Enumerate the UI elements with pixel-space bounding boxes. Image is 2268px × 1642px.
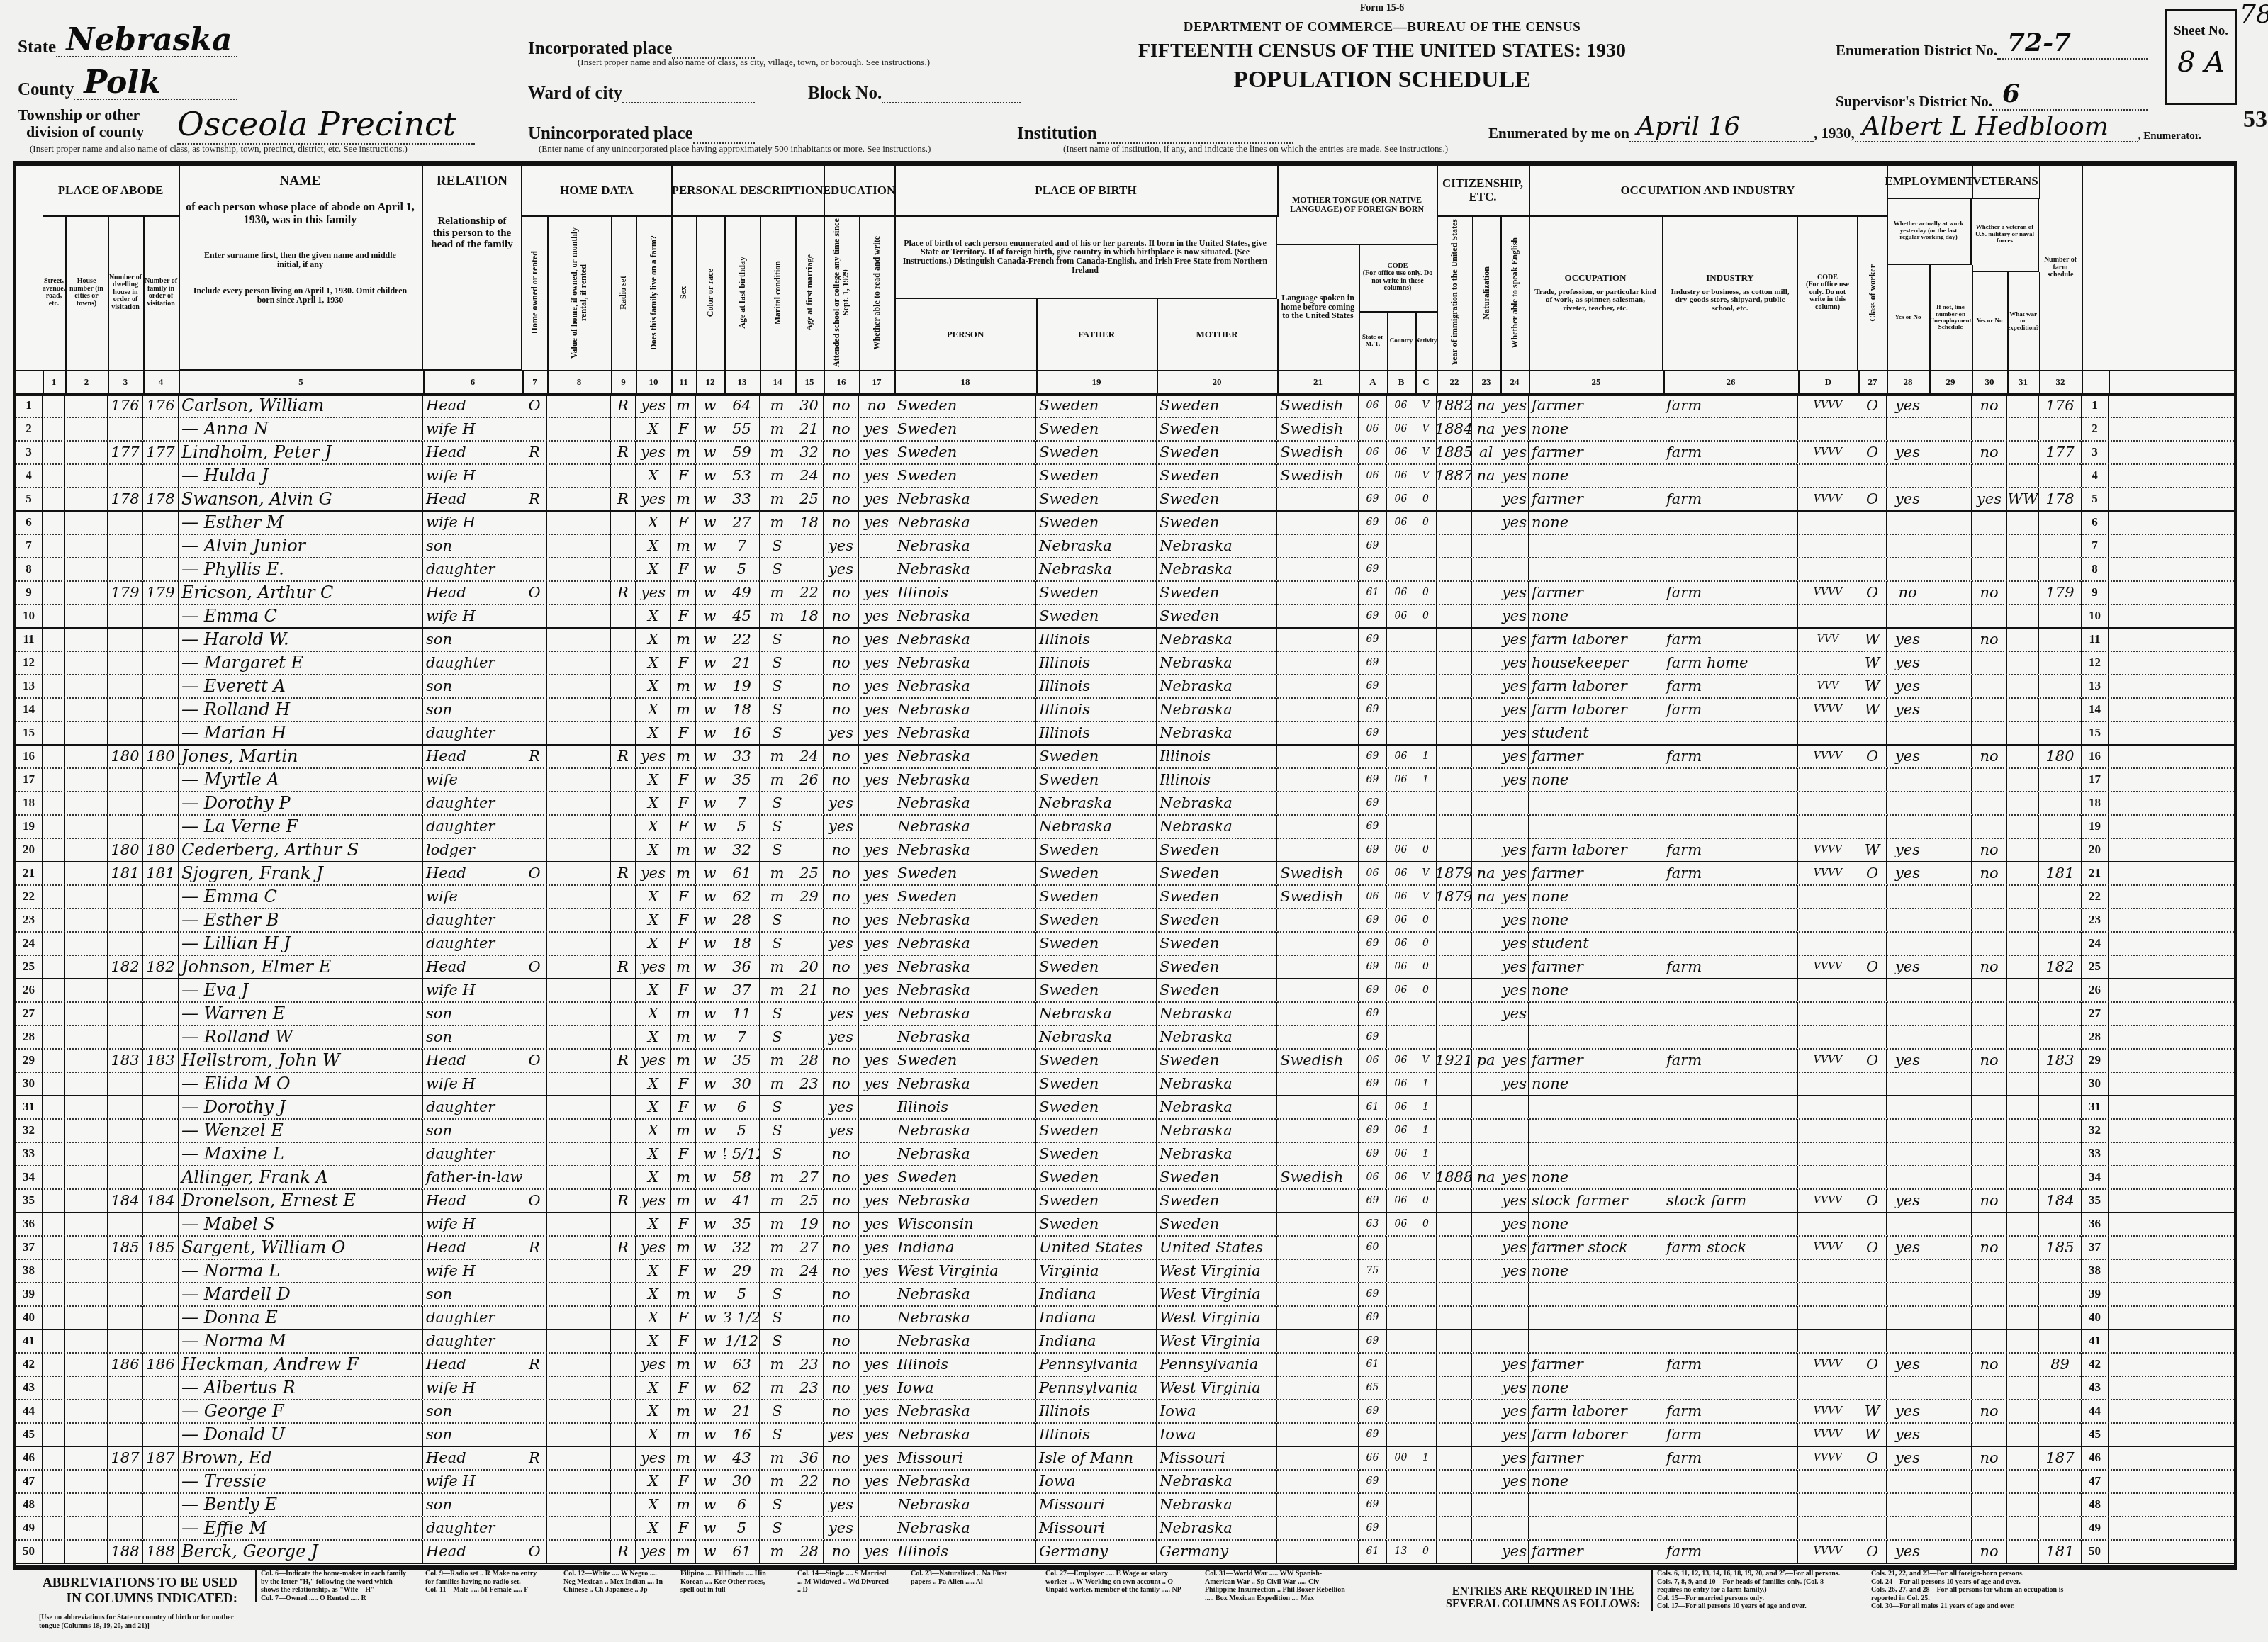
cell-pob[interactable]: Nebraska	[894, 534, 1036, 557]
cell-house[interactable]	[65, 909, 108, 931]
cell-work[interactable]	[1887, 1376, 1929, 1399]
cell-value[interactable]	[547, 1259, 611, 1282]
cell-agem[interactable]	[795, 534, 824, 557]
cell-cd[interactable]: VVVV	[1798, 1540, 1858, 1563]
cell-own[interactable]: O	[522, 581, 547, 604]
cell-own[interactable]	[522, 792, 547, 814]
cell-agem[interactable]: 27	[795, 1166, 824, 1188]
cell-cc[interactable]: V	[1415, 441, 1437, 463]
cell-occ[interactable]: farmer	[1529, 1446, 1663, 1469]
cell-work[interactable]	[1887, 464, 1929, 487]
cell-mar[interactable]: m	[760, 745, 795, 767]
cell-agem[interactable]	[795, 909, 824, 931]
cell-farm[interactable]: X	[636, 792, 671, 814]
cell-name[interactable]: — Lillian H J	[179, 932, 423, 955]
cell-race[interactable]: w	[696, 675, 724, 697]
cell-imm[interactable]	[1437, 745, 1472, 767]
cell-agem[interactable]: 19	[795, 1213, 824, 1235]
cell-value[interactable]	[547, 1096, 611, 1118]
cell-sch[interactable]: yes	[824, 792, 859, 814]
cell-radio[interactable]	[611, 721, 636, 744]
cell-pob[interactable]: Sweden	[894, 1049, 1036, 1072]
cell-lang[interactable]	[1277, 979, 1359, 1001]
cell-read[interactable]: yes	[859, 1213, 894, 1235]
cell-sch[interactable]: no	[824, 441, 859, 463]
cell-mar[interactable]: m	[760, 417, 795, 440]
cell-imm[interactable]	[1437, 651, 1472, 674]
cell-ca[interactable]: 69	[1359, 488, 1387, 510]
cell-street[interactable]	[43, 1096, 65, 1118]
cell-dw[interactable]	[108, 464, 143, 487]
cell-house[interactable]	[65, 815, 108, 838]
cell-dw[interactable]	[108, 558, 143, 580]
cell-street[interactable]	[43, 417, 65, 440]
cell-radio[interactable]: R	[611, 955, 636, 978]
cell-agem[interactable]	[795, 1002, 824, 1025]
cell-work[interactable]: yes	[1887, 1353, 1929, 1376]
cell-pob[interactable]: Sweden	[894, 417, 1036, 440]
cell-mar[interactable]: m	[760, 441, 795, 463]
cell-read[interactable]: yes	[859, 1446, 894, 1469]
cell-fs[interactable]: 181	[2039, 1540, 2082, 1563]
cell-cd[interactable]: VVVV	[1798, 1400, 1858, 1422]
cell-mpob[interactable]: United States	[1157, 1236, 1277, 1259]
cell-age[interactable]: 35	[724, 768, 760, 791]
ed-value[interactable]: 72-7	[1997, 27, 2148, 60]
cell-nat[interactable]	[1472, 1517, 1500, 1539]
cell-fpob[interactable]: Sweden	[1036, 745, 1157, 767]
cell-mpob[interactable]: Nebraska	[1157, 1096, 1277, 1118]
cell-agem[interactable]: 24	[795, 1259, 824, 1282]
cell-work[interactable]	[1887, 909, 1929, 931]
cell-fam[interactable]	[143, 675, 179, 697]
cell-imm[interactable]: 1884	[1437, 417, 1472, 440]
cell-occ[interactable]: none	[1529, 464, 1663, 487]
cell-cc[interactable]	[1415, 534, 1437, 557]
cell-read[interactable]: yes	[859, 1423, 894, 1446]
cell-nat[interactable]	[1472, 604, 1500, 627]
cell-occ[interactable]: farmer	[1529, 1049, 1663, 1072]
cell-pob[interactable]: Sweden	[894, 394, 1036, 417]
cell-imm[interactable]	[1437, 1142, 1472, 1165]
cell-vet[interactable]: no	[1972, 1446, 2007, 1469]
cell-ca[interactable]: 69	[1359, 628, 1387, 651]
cell-dw[interactable]: 179	[108, 581, 143, 604]
cell-eng[interactable]: yes	[1500, 862, 1529, 884]
cell-dw[interactable]	[108, 1259, 143, 1282]
cell-pob[interactable]: Sweden	[894, 1166, 1036, 1188]
cell-mpob[interactable]: Nebraska	[1157, 1002, 1277, 1025]
cell-own[interactable]	[522, 417, 547, 440]
cell-imm[interactable]	[1437, 1236, 1472, 1259]
cell-cc[interactable]: 1	[1415, 1446, 1437, 1469]
cell-street[interactable]	[43, 932, 65, 955]
cell-occ[interactable]	[1529, 1493, 1663, 1516]
cell-nat[interactable]	[1472, 1025, 1500, 1048]
cell-ca[interactable]: 69	[1359, 1072, 1387, 1095]
cell-work[interactable]: yes	[1887, 1400, 1929, 1422]
cell-vet[interactable]	[1972, 1072, 2007, 1095]
cell-rel[interactable]: Head	[423, 1049, 522, 1072]
cell-age[interactable]: 29	[724, 1259, 760, 1282]
cell-age[interactable]: 27	[724, 511, 760, 534]
cell-age[interactable]: 28	[724, 909, 760, 931]
cell-value[interactable]	[547, 1119, 611, 1142]
cell-race[interactable]: w	[696, 558, 724, 580]
cell-farm[interactable]: X	[636, 628, 671, 651]
cell-house[interactable]	[65, 1423, 108, 1446]
cell-nat[interactable]: na	[1472, 885, 1500, 908]
cell-own[interactable]	[522, 1376, 547, 1399]
cell-own[interactable]	[522, 979, 547, 1001]
cell-street[interactable]	[43, 1400, 65, 1422]
cell-age[interactable]: 33	[724, 745, 760, 767]
cell-eng[interactable]: yes	[1500, 1259, 1529, 1282]
cell-sch[interactable]: yes	[824, 558, 859, 580]
cell-fs[interactable]: 176	[2039, 394, 2082, 417]
cell-fs[interactable]	[2039, 1213, 2082, 1235]
cell-own[interactable]	[522, 932, 547, 955]
cell-read[interactable]: yes	[859, 1400, 894, 1422]
cell-rel[interactable]: wife	[423, 768, 522, 791]
cell-agem[interactable]	[795, 1306, 824, 1329]
cell-occ[interactable]	[1529, 534, 1663, 557]
cell-cls[interactable]	[1858, 1025, 1887, 1048]
cell-agem[interactable]	[795, 698, 824, 721]
cell-read[interactable]	[859, 792, 894, 814]
cell-sch[interactable]: no	[824, 1072, 859, 1095]
cell-cd[interactable]	[1798, 1096, 1858, 1118]
cell-farm[interactable]: X	[636, 909, 671, 931]
cell-unemp[interactable]	[1929, 1119, 1972, 1142]
cell-read[interactable]: no	[859, 394, 894, 417]
cell-ca[interactable]: 69	[1359, 792, 1387, 814]
cell-mar[interactable]: m	[760, 1189, 795, 1212]
cell-cc[interactable]: 0	[1415, 1213, 1437, 1235]
cell-street[interactable]	[43, 1329, 65, 1352]
cell-fs[interactable]: 181	[2039, 862, 2082, 884]
cell-read[interactable]: yes	[859, 488, 894, 510]
cell-vet[interactable]	[1972, 604, 2007, 627]
cell-lang[interactable]: Swedish	[1277, 1166, 1359, 1188]
cell-fpob[interactable]: Sweden	[1036, 932, 1157, 955]
cell-eng[interactable]: yes	[1500, 417, 1529, 440]
cell-name[interactable]: — Harold W.	[179, 628, 423, 651]
cell-street[interactable]	[43, 1025, 65, 1048]
cell-radio[interactable]	[611, 651, 636, 674]
cell-read[interactable]: yes	[859, 1189, 894, 1212]
cell-age[interactable]: 5	[724, 1283, 760, 1305]
cell-dw[interactable]: 181	[108, 862, 143, 884]
cell-race[interactable]: w	[696, 932, 724, 955]
cell-read[interactable]: yes	[859, 885, 894, 908]
cell-ind[interactable]	[1663, 932, 1798, 955]
cell-cb[interactable]	[1387, 1002, 1415, 1025]
cell-war[interactable]	[2007, 745, 2039, 767]
cell-farm[interactable]: X	[636, 1002, 671, 1025]
cell-cls[interactable]	[1858, 1493, 1887, 1516]
cell-occ[interactable]	[1529, 1025, 1663, 1048]
cell-race[interactable]: w	[696, 1002, 724, 1025]
cell-rel[interactable]: son	[423, 1400, 522, 1422]
cell-unemp[interactable]	[1929, 417, 1972, 440]
cell-sex[interactable]: F	[671, 1213, 696, 1235]
cell-cc[interactable]	[1415, 815, 1437, 838]
cell-race[interactable]: w	[696, 1072, 724, 1095]
cell-war[interactable]	[2007, 1540, 2039, 1563]
cell-fam[interactable]	[143, 464, 179, 487]
cell-mar[interactable]: S	[760, 675, 795, 697]
cell-race[interactable]: w	[696, 1119, 724, 1142]
cell-dw[interactable]: 183	[108, 1049, 143, 1072]
cell-nat[interactable]	[1472, 1119, 1500, 1142]
cell-occ[interactable]: none	[1529, 511, 1663, 534]
cell-war[interactable]	[2007, 1259, 2039, 1282]
cell-age[interactable]: 35	[724, 1213, 760, 1235]
cell-ind[interactable]: farm	[1663, 628, 1798, 651]
cell-mpob[interactable]: Sweden	[1157, 909, 1277, 931]
cell-ca[interactable]: 69	[1359, 815, 1387, 838]
cell-cls[interactable]: O	[1858, 1540, 1887, 1563]
cell-cd[interactable]	[1798, 1259, 1858, 1282]
cell-age[interactable]: 3 1/2	[724, 1306, 760, 1329]
cell-cb[interactable]	[1387, 1353, 1415, 1376]
cell-rel[interactable]: Head	[423, 745, 522, 767]
cell-street[interactable]	[43, 838, 65, 861]
cell-cd[interactable]: VVVV	[1798, 581, 1858, 604]
cell-farm[interactable]: X	[636, 1470, 671, 1492]
cell-radio[interactable]	[611, 768, 636, 791]
cell-ca[interactable]: 69	[1359, 1306, 1387, 1329]
cell-cd[interactable]: VVVV	[1798, 1446, 1858, 1469]
cell-age[interactable]: 21	[724, 1400, 760, 1422]
cell-sex[interactable]: m	[671, 1166, 696, 1188]
cell-fam[interactable]	[143, 768, 179, 791]
cell-fpob[interactable]: Sweden	[1036, 768, 1157, 791]
cell-radio[interactable]	[611, 1025, 636, 1048]
cell-ca[interactable]: 69	[1359, 745, 1387, 767]
cell-ca[interactable]: 75	[1359, 1259, 1387, 1282]
cell-fpob[interactable]: Sweden	[1036, 1096, 1157, 1118]
cell-sch[interactable]: no	[824, 955, 859, 978]
cell-cc[interactable]	[1415, 1423, 1437, 1446]
cell-nat[interactable]	[1472, 1259, 1500, 1282]
cell-value[interactable]	[547, 909, 611, 931]
cell-read[interactable]: yes	[859, 441, 894, 463]
cell-rel[interactable]: son	[423, 628, 522, 651]
cell-farm[interactable]: yes	[636, 1236, 671, 1259]
cell-radio[interactable]	[611, 1470, 636, 1492]
cell-read[interactable]: yes	[859, 745, 894, 767]
cell-unemp[interactable]	[1929, 721, 1972, 744]
cell-eng[interactable]: yes	[1500, 488, 1529, 510]
cell-occ[interactable]: none	[1529, 768, 1663, 791]
cell-imm[interactable]	[1437, 511, 1472, 534]
cell-fpob[interactable]: Illinois	[1036, 1423, 1157, 1446]
cell-rel[interactable]: Head	[423, 488, 522, 510]
cell-mpob[interactable]: Nebraska	[1157, 628, 1277, 651]
cell-ind[interactable]	[1663, 1119, 1798, 1142]
cell-imm[interactable]: 1888	[1437, 1166, 1472, 1188]
cell-pob[interactable]: Nebraska	[894, 979, 1036, 1001]
cell-ind[interactable]: farm	[1663, 1540, 1798, 1563]
cell-imm[interactable]: 1921	[1437, 1049, 1472, 1072]
cell-cc[interactable]: V	[1415, 862, 1437, 884]
cell-mar[interactable]: m	[760, 581, 795, 604]
cell-occ[interactable]	[1529, 1306, 1663, 1329]
cell-work[interactable]	[1887, 1119, 1929, 1142]
cell-sex[interactable]: F	[671, 979, 696, 1001]
cell-nat[interactable]	[1472, 1493, 1500, 1516]
cell-imm[interactable]	[1437, 1119, 1472, 1142]
cell-rel[interactable]: son	[423, 1283, 522, 1305]
cell-mpob[interactable]: Nebraska	[1157, 1142, 1277, 1165]
cell-pob[interactable]: Sweden	[894, 464, 1036, 487]
cell-pob[interactable]: Indiana	[894, 1236, 1036, 1259]
cell-unemp[interactable]	[1929, 1049, 1972, 1072]
cell-mar[interactable]: S	[760, 1119, 795, 1142]
cell-mpob[interactable]: Nebraska	[1157, 651, 1277, 674]
cell-fam[interactable]: 188	[143, 1540, 179, 1563]
cell-radio[interactable]	[611, 1493, 636, 1516]
cell-unemp[interactable]	[1929, 581, 1972, 604]
cell-radio[interactable]	[611, 1072, 636, 1095]
cell-ind[interactable]: farm	[1663, 1400, 1798, 1422]
cell-ind[interactable]	[1663, 604, 1798, 627]
cell-occ[interactable]	[1529, 1119, 1663, 1142]
cell-race[interactable]: w	[696, 1517, 724, 1539]
cell-nat[interactable]	[1472, 1236, 1500, 1259]
cell-ind[interactable]: farm	[1663, 838, 1798, 861]
cell-fpob[interactable]: Missouri	[1036, 1493, 1157, 1516]
cell-fs[interactable]: 180	[2039, 745, 2082, 767]
cell-cd[interactable]: VVVV	[1798, 1236, 1858, 1259]
cell-pob[interactable]: Sweden	[894, 441, 1036, 463]
cell-fs[interactable]	[2039, 1517, 2082, 1539]
cell-fpob[interactable]: Sweden	[1036, 909, 1157, 931]
cell-dw[interactable]	[108, 1306, 143, 1329]
cell-read[interactable]: yes	[859, 628, 894, 651]
cell-rel[interactable]: Head	[423, 581, 522, 604]
cell-house[interactable]	[65, 1493, 108, 1516]
cell-cc[interactable]: V	[1415, 464, 1437, 487]
cell-ind[interactable]	[1663, 1283, 1798, 1305]
cell-farm[interactable]: X	[636, 1096, 671, 1118]
cell-read[interactable]	[859, 1306, 894, 1329]
cell-fs[interactable]	[2039, 534, 2082, 557]
enumerated-date[interactable]: April 16	[1629, 112, 1814, 142]
cell-imm[interactable]	[1437, 1470, 1472, 1492]
cell-lang[interactable]	[1277, 1517, 1359, 1539]
cell-dw[interactable]	[108, 1470, 143, 1492]
cell-unemp[interactable]	[1929, 1306, 1972, 1329]
cell-radio[interactable]	[611, 1306, 636, 1329]
cell-radio[interactable]: R	[611, 394, 636, 417]
cell-cb[interactable]: 06	[1387, 979, 1415, 1001]
cell-ca[interactable]: 69	[1359, 979, 1387, 1001]
cell-vet[interactable]	[1972, 1423, 2007, 1446]
cell-mpob[interactable]: Pennsylvania	[1157, 1353, 1277, 1376]
cell-agem[interactable]: 25	[795, 488, 824, 510]
cell-farm[interactable]: X	[636, 1119, 671, 1142]
cell-ind[interactable]	[1663, 558, 1798, 580]
cell-pob[interactable]: Nebraska	[894, 675, 1036, 697]
cell-farm[interactable]: X	[636, 1493, 671, 1516]
cell-pob[interactable]: Illinois	[894, 581, 1036, 604]
cell-mar[interactable]: S	[760, 1002, 795, 1025]
cell-fam[interactable]	[143, 815, 179, 838]
cell-ca[interactable]: 69	[1359, 1283, 1387, 1305]
cell-fam[interactable]: 184	[143, 1189, 179, 1212]
cell-fpob[interactable]: Sweden	[1036, 979, 1157, 1001]
cell-dw[interactable]: 184	[108, 1189, 143, 1212]
cell-radio[interactable]	[611, 698, 636, 721]
cell-race[interactable]: w	[696, 1423, 724, 1446]
cell-name[interactable]: — Albertus R	[179, 1376, 423, 1399]
cell-agem[interactable]: 23	[795, 1353, 824, 1376]
cell-pob[interactable]: Nebraska	[894, 1423, 1036, 1446]
cell-rel[interactable]: daughter	[423, 815, 522, 838]
cell-sex[interactable]: m	[671, 1353, 696, 1376]
cell-imm[interactable]	[1437, 1400, 1472, 1422]
cell-imm[interactable]	[1437, 1025, 1472, 1048]
cell-cd[interactable]	[1798, 721, 1858, 744]
cell-agem[interactable]	[795, 1025, 824, 1048]
cell-own[interactable]: O	[522, 1540, 547, 1563]
cell-nat[interactable]: al	[1472, 441, 1500, 463]
cell-work[interactable]: yes	[1887, 441, 1929, 463]
cell-war[interactable]	[2007, 1517, 2039, 1539]
cell-occ[interactable]: student	[1529, 721, 1663, 744]
cell-lang[interactable]: Swedish	[1277, 1049, 1359, 1072]
cell-ind[interactable]	[1663, 721, 1798, 744]
cell-pob[interactable]: Nebraska	[894, 1493, 1036, 1516]
cell-street[interactable]	[43, 628, 65, 651]
cell-cd[interactable]	[1798, 768, 1858, 791]
cell-rel[interactable]: wife H	[423, 604, 522, 627]
cell-name[interactable]: Lindholm, Peter J	[179, 441, 423, 463]
cell-lang[interactable]	[1277, 955, 1359, 978]
cell-fam[interactable]	[143, 1166, 179, 1188]
cell-fam[interactable]	[143, 1376, 179, 1399]
cell-lang[interactable]	[1277, 1446, 1359, 1469]
cell-own[interactable]	[522, 768, 547, 791]
cell-mpob[interactable]: Sweden	[1157, 417, 1277, 440]
cell-mar[interactable]: m	[760, 1049, 795, 1072]
cell-sch[interactable]: no	[824, 909, 859, 931]
cell-name[interactable]: — Margaret E	[179, 651, 423, 674]
cell-unemp[interactable]	[1929, 628, 1972, 651]
cell-race[interactable]: w	[696, 721, 724, 744]
cell-cls[interactable]: W	[1858, 698, 1887, 721]
cell-occ[interactable]: none	[1529, 1072, 1663, 1095]
cell-sch[interactable]: yes	[824, 721, 859, 744]
cell-ca[interactable]: 69	[1359, 675, 1387, 697]
cell-house[interactable]	[65, 1096, 108, 1118]
cell-cb[interactable]	[1387, 1236, 1415, 1259]
cell-war[interactable]	[2007, 1423, 2039, 1446]
cell-mpob[interactable]: Sweden	[1157, 885, 1277, 908]
cell-cd[interactable]	[1798, 1329, 1858, 1352]
cell-radio[interactable]	[611, 558, 636, 580]
cell-ca[interactable]: 69	[1359, 1470, 1387, 1492]
cell-age[interactable]: 18	[724, 932, 760, 955]
cell-work[interactable]	[1887, 1142, 1929, 1165]
cell-house[interactable]	[65, 1400, 108, 1422]
cell-sch[interactable]: no	[824, 1306, 859, 1329]
cell-imm[interactable]	[1437, 488, 1472, 510]
cell-age[interactable]: 43	[724, 1446, 760, 1469]
